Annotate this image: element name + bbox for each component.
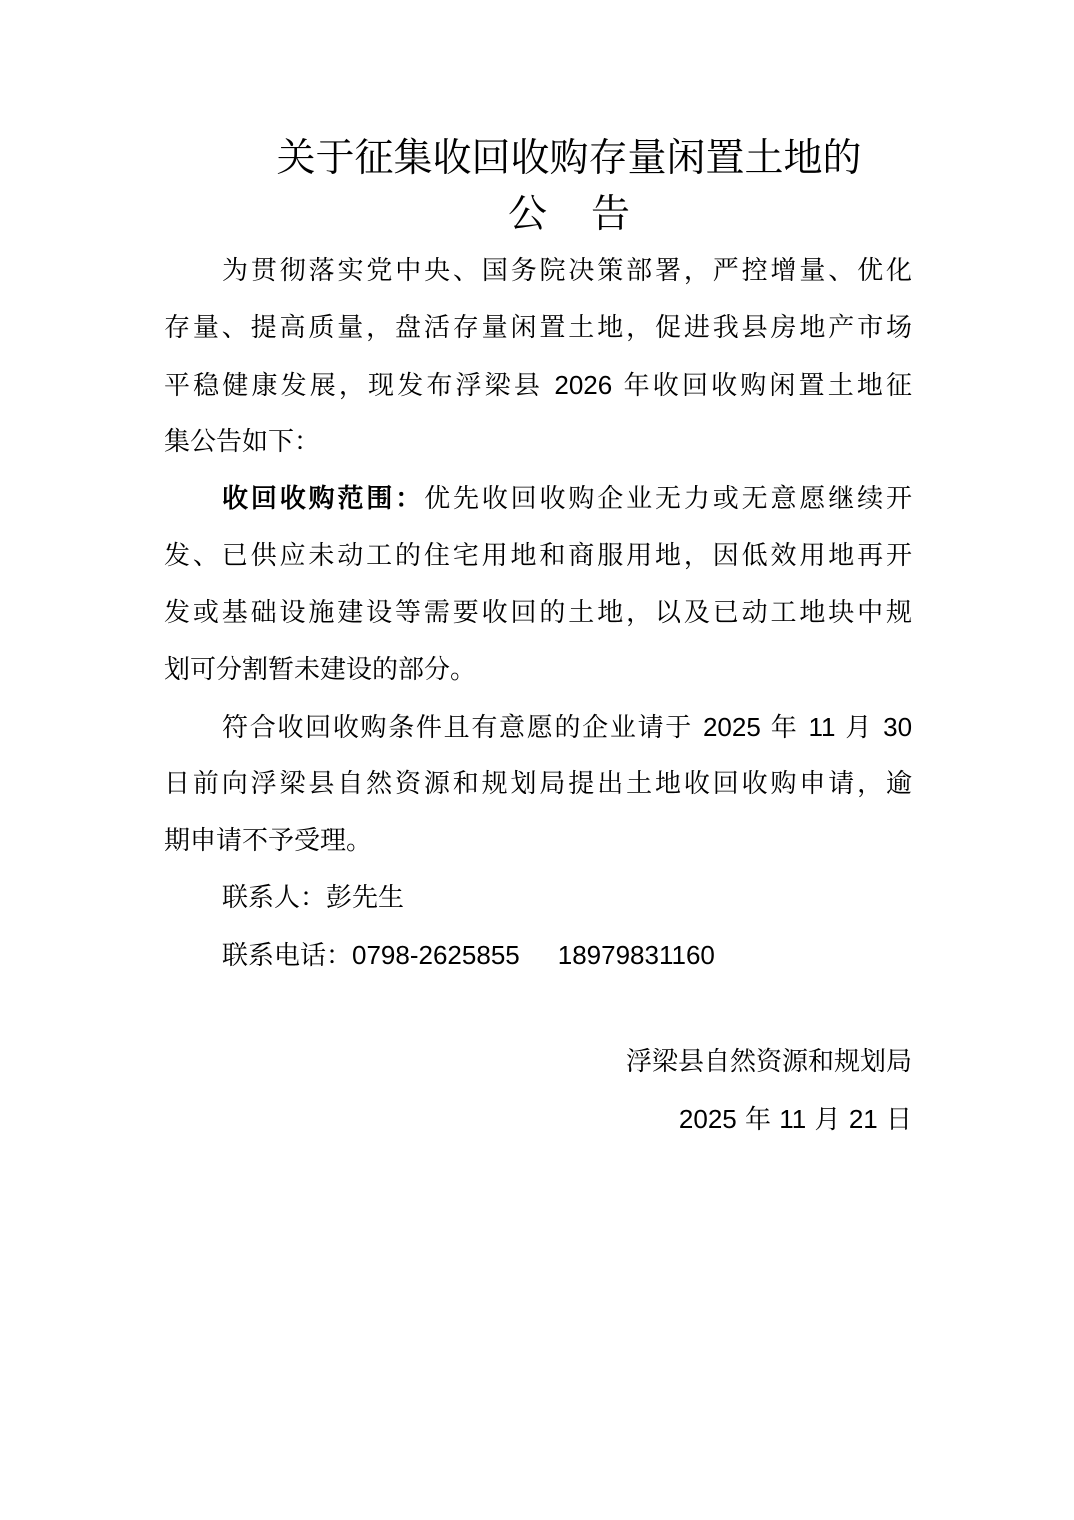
- contact-person: 联系人：彭先生: [222, 881, 912, 915]
- contact-person-name: 彭先生: [326, 883, 404, 913]
- document-subtitle: 公告: [0, 192, 1074, 238]
- subtitle-char-1: 公: [508, 192, 547, 237]
- intro-line-3: 平稳健康发展，现发布浮梁县 2026 年收回收购闲置土地征: [164, 368, 912, 403]
- intro-line-4: 集公告如下：: [164, 425, 912, 459]
- intro-line-3-text-b: 年收回收购闲置土地征: [612, 371, 912, 401]
- scope-label: 收回收购范围：: [222, 484, 424, 514]
- document-page: 关于征集收回收购存量闲置土地的 公告 为贯彻落实党中央、国务院决策部署，严控增量…: [0, 0, 1074, 1520]
- application-text-c: 月: [835, 713, 883, 743]
- deadline-month: 11: [808, 712, 835, 742]
- contact-phone-mobile: 18979831160: [558, 940, 715, 970]
- deadline-day: 30: [883, 712, 912, 742]
- signature-org: 浮梁县自然资源和规划局: [626, 1045, 912, 1079]
- sign-month: 11: [779, 1104, 806, 1134]
- intro-line-3-text-a: 平稳健康发展，现发布浮梁县: [164, 371, 554, 401]
- scope-line-3: 发或基础设施建设等需要收回的土地，以及已动工地块中规: [164, 596, 912, 630]
- subtitle-char-2: 告: [591, 192, 630, 237]
- application-text-a: 符合收回收购条件且有意愿的企业请于: [222, 713, 703, 743]
- contact-phone-landline: 0798-2625855: [352, 940, 520, 970]
- contact-person-label: 联系人：: [222, 883, 326, 913]
- scope-line-1-text: 优先收回收购企业无力或无意愿继续开: [424, 484, 912, 514]
- application-text-b: 年: [761, 713, 809, 743]
- intro-year: 2026: [554, 370, 612, 400]
- document-title: 关于征集收回收购存量闲置土地的: [0, 136, 1074, 182]
- application-line-1: 符合收回收购条件且有意愿的企业请于 2025 年 11 月 30: [222, 710, 912, 745]
- sign-year-label: 年: [737, 1105, 780, 1135]
- application-line-3: 期申请不予受理。: [164, 824, 912, 858]
- contact-phone: 联系电话：0798-262585518979831160: [222, 938, 912, 973]
- scope-line-4: 划可分割暂未建设的部分。: [164, 653, 912, 687]
- contact-phone-label: 联系电话：: [222, 941, 352, 971]
- scope-line-1: 收回收购范围：优先收回收购企业无力或无意愿继续开: [222, 482, 912, 516]
- sign-month-label: 月: [806, 1105, 849, 1135]
- application-line-2: 日前向浮梁县自然资源和规划局提出土地收回收购申请，逾: [164, 767, 912, 801]
- signature-date: 2025 年 11 月 21 日: [679, 1102, 912, 1137]
- deadline-year: 2025: [703, 712, 761, 742]
- scope-line-2: 发、已供应未动工的住宅用地和商服用地，因低效用地再开: [164, 539, 912, 573]
- sign-day: 21: [849, 1104, 878, 1134]
- intro-line-2: 存量、提高质量，盘活存量闲置土地，促进我县房地产市场: [164, 311, 912, 345]
- sign-year: 2025: [679, 1104, 737, 1134]
- sign-day-label: 日: [878, 1105, 912, 1135]
- intro-line-1: 为贯彻落实党中央、国务院决策部署，严控增量、优化: [222, 254, 912, 288]
